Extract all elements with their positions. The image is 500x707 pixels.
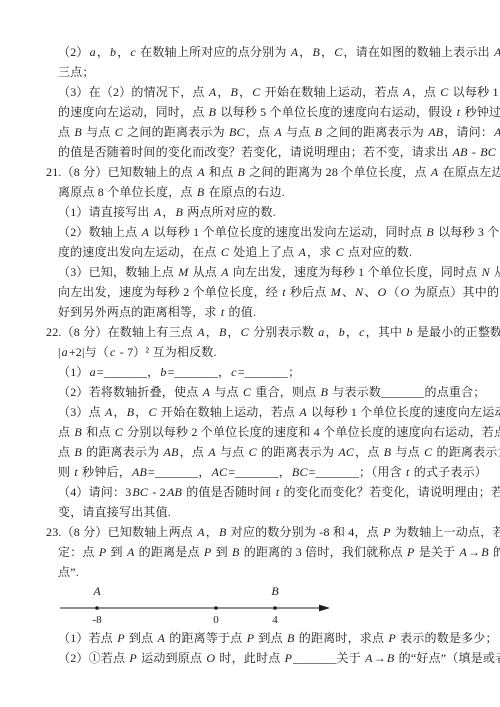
text-line: （1）a=_______，b=_______，c=_______； xyxy=(0,362,500,382)
text-line: 离原点 8 个单位长度，点 B 在原点的右边. xyxy=(0,182,500,202)
text-line: （2）若将数轴折叠，使点 A 与点 C 重合，则点 B 与表示数_______的… xyxy=(0,382,500,402)
tick-label-b: 4 xyxy=(272,614,278,626)
text-line: （3）已知，数轴上点 M 从点 A 向左出发，速度为每秒 1 个单位长度，同时点… xyxy=(0,262,500,282)
text-line: 三点； xyxy=(0,62,500,82)
text-line: 点 B 的距离表示为 AB，点 A 与点 C 的距离表示为 AC，点 B 与点 … xyxy=(0,442,500,462)
point-a-dot xyxy=(95,606,99,610)
point-b-dot xyxy=(273,606,277,610)
text-line: 的速度向左运动，同时，点 B 以每秒 5 个单位长度的速度向右运动，假设 t 秒… xyxy=(0,102,500,122)
lines-after-figure: （1）若点 P 到点 A 的距离等于点 P 到点 B 的距离时，求点 P 表示的… xyxy=(0,628,500,668)
text-line: |a+2|与（c - 7）² 互为相反数. xyxy=(0,342,500,362)
text-line: 21.（8 分）已知数轴上的点 A 和点 B 之间的距离为 28 个单位长度，点… xyxy=(0,162,500,182)
text-line: 点 B 与点 C 之间的距离表示为 BC，点 A 与点 B 之间的距离表示为 A… xyxy=(0,122,500,142)
tick-label-origin: 0 xyxy=(213,614,219,626)
origin-dot xyxy=(214,606,218,610)
text-line: 度的速度出发向左运动，在点 C 处追上了点 A，求 C 点对应的数. xyxy=(0,242,500,262)
text-line: 则 t 秒钟后，AB=_______，AC=_______，BC=_______… xyxy=(0,462,500,482)
text-line: （2）a，b，c 在数轴上所对应的点分别为 A，B，C，请在如图的数轴上表示出 … xyxy=(0,42,500,62)
text-line: 向左出发，速度为每秒 2 个单位长度，经 t 秒后点 M、N、O（O 为原点）其… xyxy=(0,282,500,302)
document-body: （2）a，b，c 在数轴上所对应的点分别为 A，B，C，请在如图的数轴上表示出 … xyxy=(0,42,500,668)
axis-arrow-icon xyxy=(319,605,330,612)
text-line: 点”. xyxy=(0,562,500,582)
text-line: 点 B 和点 C 分别以每秒 2 个单位长度的速度和 4 个单位长度的速度向右运… xyxy=(0,422,500,442)
text-line: 变，请直接写出其值. xyxy=(0,502,500,522)
lines-before-figure: （2）a，b，c 在数轴上所对应的点分别为 A，B，C，请在如图的数轴上表示出 … xyxy=(0,42,500,582)
tick-label-a: -8 xyxy=(92,614,102,626)
text-line: （1）请直接写出 A，B 两点所对应的数. xyxy=(0,202,500,222)
text-line: 定：点 P 到 A 的距离是点 P 到 B 的距离的 3 倍时，我们就称点 P … xyxy=(0,542,500,562)
text-line: （3）在（2）的情况下，点 A，B，C 开始在数轴上运动，若点 A，点 C 以每… xyxy=(0,82,500,102)
text-line: （4）请问：3BC - 2AB 的值是否随时间 t 的变化而变化？若变化，请说明… xyxy=(0,482,500,502)
text-line: （3）点 A，B，C 开始在数轴上运动，若点 A 以每秒 1 个单位长度的速度向… xyxy=(0,402,500,422)
text-line: （2）数轴上点 A 以每秒 1 个单位长度的速度出发向左运动，同时点 B 以每秒… xyxy=(0,222,500,242)
number-line-svg: A B -8 0 4 xyxy=(56,582,356,628)
text-line: （1）若点 P 到点 A 的距离等于点 P 到点 B 的距离时，求点 P 表示的… xyxy=(0,628,500,648)
number-line-figure: A B -8 0 4 xyxy=(0,582,500,628)
text-line: 22.（8 分）在数轴上有三点 A，B，C 分别表示数 a，b，c，其中 b 是… xyxy=(0,322,500,342)
text-line: 23.（8 分）已知数轴上两点 A，B 对应的数分别为 -8 和 4，点 P 为… xyxy=(0,522,500,542)
point-a-label: A xyxy=(92,584,101,598)
text-line: 好到另外两点的距离相等，求 t 的值. xyxy=(0,302,500,322)
text-line: 的值是否随着时间的变化而改变？若变化，请说明理由；若不变，请求出 AB - BC… xyxy=(0,142,500,162)
point-b-label: B xyxy=(271,584,279,598)
text-line: （2）①若点 P 运动到原点 O 时，此时点 P_______关于 A→B 的“… xyxy=(0,648,500,668)
worksheet-page: （2）a，b，c 在数轴上所对应的点分别为 A，B，C，请在如图的数轴上表示出 … xyxy=(0,0,500,707)
